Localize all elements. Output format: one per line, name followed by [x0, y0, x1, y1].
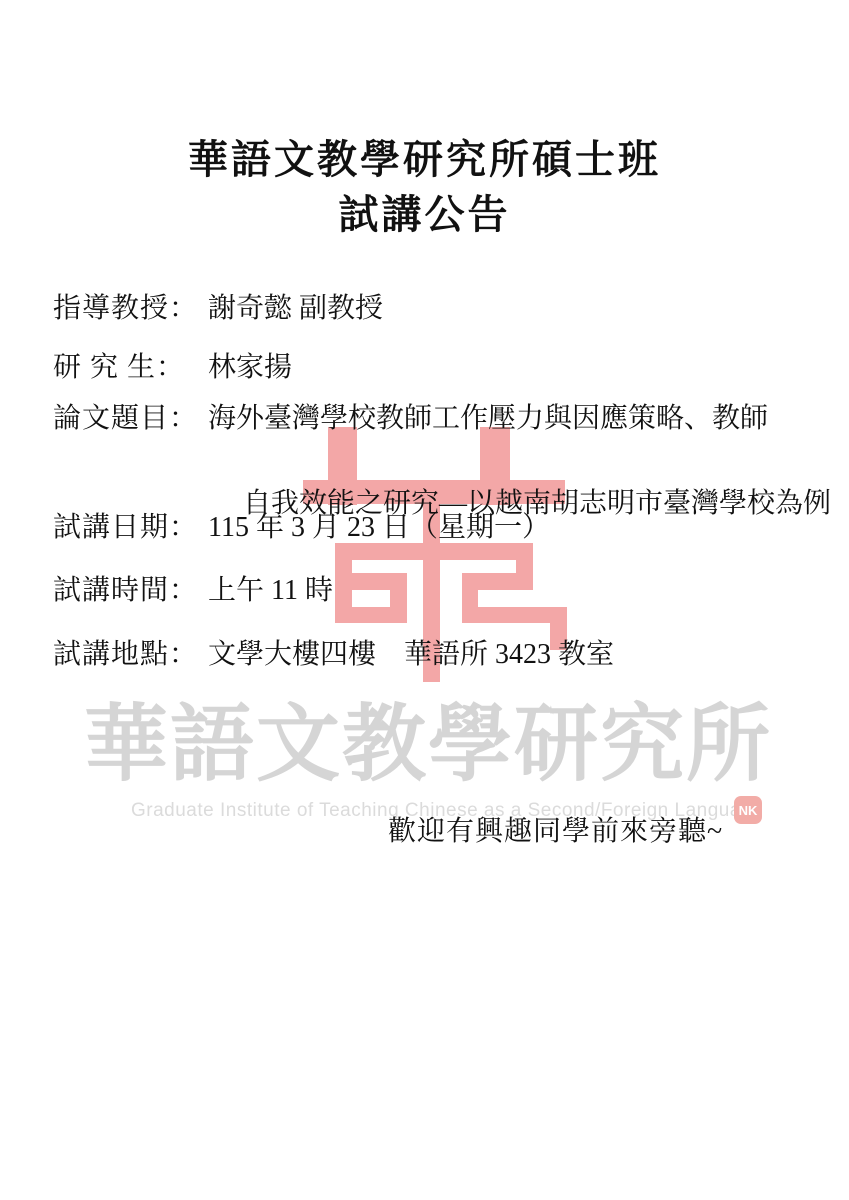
thesis-title-value-line1: 海外臺灣學校教師工作壓力與因應策略、教師 — [208, 396, 768, 436]
lecture-date-value: 115 年 3 月 23 日（星期一） — [208, 505, 550, 545]
student-label: 研 究 生： — [53, 345, 185, 385]
lecture-date-label: 試講日期： — [53, 505, 198, 545]
thesis-title-line2: 自我效能之研究—以越南胡志明市臺灣學校為例 — [215, 449, 831, 483]
student-line: 研 究 生： 林家揚 — [53, 345, 81, 379]
announcement-page: 華語文教學研究所 Graduate Institute of Teaching … — [0, 0, 849, 1200]
lecture-time-value: 上午 11 時 — [208, 568, 333, 608]
lecture-time-label: 試講時間： — [53, 568, 198, 608]
lecture-location-line: 試講地點： 文學大樓四樓 華語所 3423 教室 — [53, 632, 81, 666]
lecture-date-line: 試講日期： 115 年 3 月 23 日（星期一） — [53, 505, 81, 539]
page-title-line1: 華語文教學研究所碩士班 — [0, 128, 849, 185]
lecture-location-label: 試講地點： — [53, 632, 198, 672]
supervisor-label: 指導教授： — [53, 286, 198, 326]
lecture-time-line: 試講時間： 上午 11 時 — [53, 568, 81, 602]
supervisor-line: 指導教授： 謝奇懿 副教授 — [53, 286, 81, 320]
student-value: 林家揚 — [208, 345, 292, 385]
nknu-badge-icon: NK — [734, 796, 762, 824]
lecture-location-value: 文學大樓四樓 華語所 3423 教室 — [208, 632, 614, 672]
supervisor-value: 謝奇懿 副教授 — [208, 286, 383, 326]
thesis-title-line1: 論文題目： 海外臺灣學校教師工作壓力與因應策略、教師 — [53, 396, 81, 430]
institute-name-watermark: 華語文教學研究所 — [84, 698, 804, 795]
page-title-line2: 試講公告 — [0, 183, 849, 240]
thesis-title-label: 論文題目： — [53, 396, 198, 436]
welcome-note: 歡迎有興趣同學前來旁聽~ — [388, 809, 723, 849]
